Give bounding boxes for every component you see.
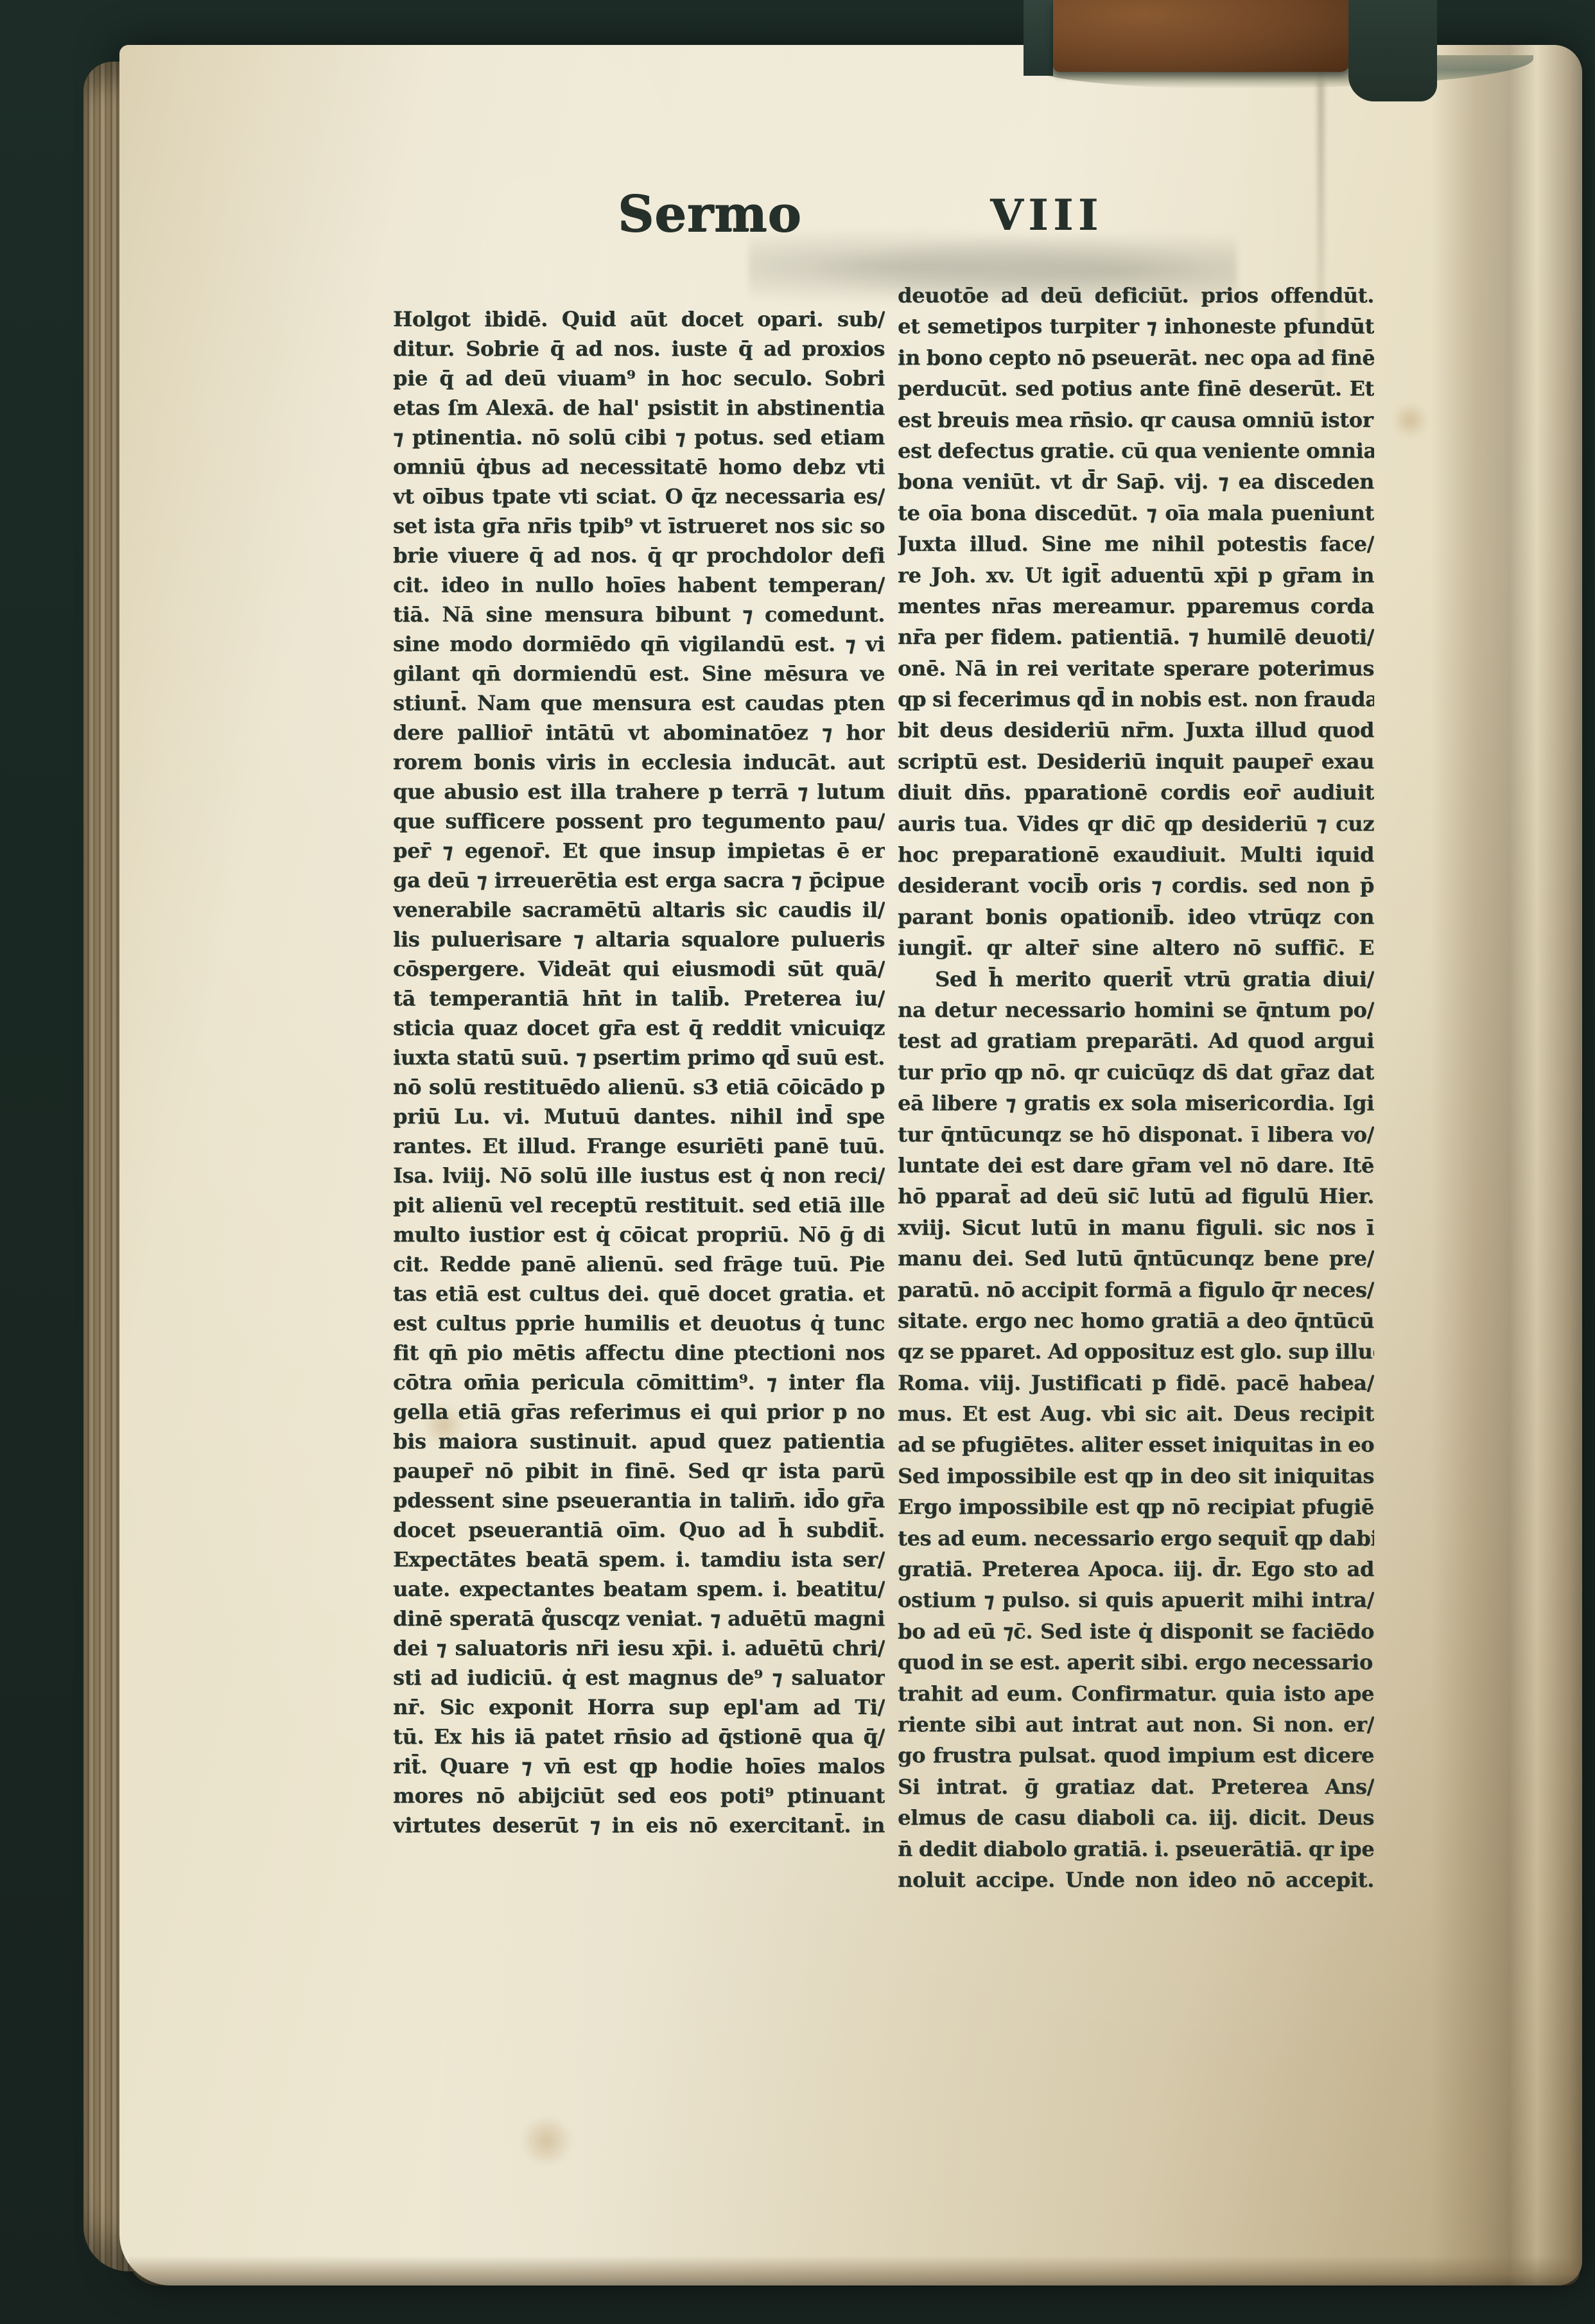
text-line: deuotōe ad deū deficiūt. prios offendūt. xyxy=(898,280,1374,311)
text-line: nr̄. Sic exponit Horra sup epl'am ad Ti/ xyxy=(393,1692,885,1722)
text-line: pauper̄ nō pibit in finē. Sed qr ista pa… xyxy=(393,1456,885,1486)
text-column-right: deuotōe ad deū deficiūt. prios offendūt.… xyxy=(898,280,1374,1895)
text-line: bona veniūt. vt d̄r Sap̄. vij. ⁊ ea disc… xyxy=(898,466,1374,497)
text-line: riente sibi aut intrat aut non. Si non. … xyxy=(898,1709,1374,1740)
text-line: ⁊ ptinentia. nō solū cibi ⁊ potus. sed e… xyxy=(393,422,885,452)
text-line: ditur. Sobrie q̄ ad nos. iuste q̄ ad pro… xyxy=(393,334,885,363)
text-line: quod in se est. aperit sibi. ergo necess… xyxy=(898,1647,1374,1678)
text-line: bit deus desideriū nr̄m. Juxta illud quo… xyxy=(898,715,1374,745)
text-line: sticia quaz docet gr̄a est q̄ reddit vni… xyxy=(393,1013,885,1043)
text-line: lis puluerisare ⁊ altaria squalore pulue… xyxy=(393,924,885,954)
text-line: go frustra pulsat. quod impium est dicer… xyxy=(898,1740,1374,1771)
text-line: te oīa bona discedūt. ⁊ oīa mala pueniun… xyxy=(898,498,1374,528)
leather-cover-corner xyxy=(1053,0,1350,72)
text-line: gella etiā gr̄as referimus ei qui prior … xyxy=(393,1397,885,1426)
binding-strap-right xyxy=(1348,0,1437,101)
text-line: est defectus gratie. cū qua veniente omn… xyxy=(898,435,1374,466)
text-line: gilant qn̄ dormiendū est. Sine mēsura ve xyxy=(393,659,885,688)
text-line: stiunt̄. Nam que mensura est caudas pten xyxy=(393,688,885,718)
text-line: tas etiā est cultus dei. quē docet grati… xyxy=(393,1279,885,1308)
text-line: na detur necessario homini se q̄ntum po/ xyxy=(898,994,1374,1025)
text-line: venerabile sacramētū altaris sic caudis … xyxy=(393,895,885,924)
text-line: mores nō abijciūt sed eos poti⁹ ptinuant xyxy=(393,1781,885,1810)
text-line: est cultus pprie humilis et deuotus q̇ t… xyxy=(393,1308,885,1338)
text-line: cit. Redde panē alienū. sed frāge tuū. P… xyxy=(393,1249,885,1279)
text-line: que sufficere possent pro tegumento pau/ xyxy=(393,806,885,836)
text-line: xviij. Sicut lutū in manu figuli. sic no… xyxy=(898,1212,1374,1243)
text-line: Ergo impossibile est qp nō recipiat pfug… xyxy=(898,1491,1374,1522)
running-title: Sermo xyxy=(604,185,815,243)
page-bottom-edge xyxy=(128,2256,1580,2285)
text-line: ostium ⁊ pulso. si quis apuerit mihi int… xyxy=(898,1584,1374,1615)
text-line: dinē speratā q̊uscqz veniat. ⁊ aduētū ma… xyxy=(393,1604,885,1633)
text-line: auris tua. Vides qr dic̄ qp desideriū ⁊ … xyxy=(898,808,1374,839)
text-line: tur prīo qp nō. qr cuicūqz ds̄ dat gr̄az… xyxy=(898,1057,1374,1088)
text-line: et semetipos turpiter ⁊ inhoneste pfundū… xyxy=(898,311,1374,342)
text-line: Sed h̄ merito querit̄ vtrū gratia diui/ xyxy=(898,964,1374,994)
text-line: qz se pparet. Ad opposituz est glo. sup … xyxy=(898,1336,1374,1367)
text-line: mentes nr̄as mereamur. pparemus corda xyxy=(898,591,1374,621)
text-line: onē. Nā in rei veritate sperare poterimu… xyxy=(898,653,1374,684)
text-line: pie q̄ ad deū viuam⁹ in hoc seculo. Sobr… xyxy=(393,363,885,393)
text-line: desiderant vocib̄ oris ⁊ cordis. sed non… xyxy=(898,870,1374,901)
text-line: ga deū ⁊ irreuerētia est erga sacra ⁊ p̄… xyxy=(393,865,885,895)
text-line: ad se pfugiētes. aliter esset iniquitas … xyxy=(898,1429,1374,1460)
text-line: n̄ dedit diabolo gratiā. i. pseuerātiā. … xyxy=(898,1834,1374,1864)
text-line: per̄ ⁊ egenor̄. Et que insup impietas ē … xyxy=(393,836,885,865)
text-line: cit. ideo in nullo hoīes habent temperan… xyxy=(393,570,885,600)
text-line: Roma. viij. Justificati p fidē. pacē hab… xyxy=(898,1367,1374,1398)
text-line: cōtra om̄ia pericula cōmittim⁹. ⁊ inter … xyxy=(393,1367,885,1397)
text-line: tiā. Nā sine mensura bibunt ⁊ comedunt. xyxy=(393,600,885,629)
text-line: Si intrat. ḡ gratiaz dat. Preterea Ans/ xyxy=(898,1771,1374,1802)
text-line: in bono cepto nō pseuerāt. nec opa ad fi… xyxy=(898,342,1374,373)
text-line: luntate dei est dare gr̄am vel nō dare. … xyxy=(898,1150,1374,1181)
text-line: cōspergere. Videāt qui eiusmodi sūt quā/ xyxy=(393,954,885,984)
text-line: pit alienū vel receptū restituit. sed et… xyxy=(393,1190,885,1220)
text-line: sti ad iudiciū. q̇ est magnus de⁹ ⁊ salu… xyxy=(393,1663,885,1692)
text-line: qp si fecerimus qd̄ in nobis est. non fr… xyxy=(898,684,1374,715)
text-line: perducūt. sed potius ante finē deserūt. … xyxy=(898,373,1374,404)
text-line: noluit accipe. Unde non ideo nō accepit. xyxy=(898,1864,1374,1895)
text-line: tur q̄ntūcunqz se hō disponat. ī libera … xyxy=(898,1119,1374,1150)
text-line: virtutes deserūt ⁊ in eis nō exercitant̄… xyxy=(393,1810,885,1840)
text-line: etas ſm Alexā. de hal' psistit in abstin… xyxy=(393,393,885,422)
text-line: omniū q̇bus ad necessitatē homo debz vti xyxy=(393,452,885,481)
text-line: mus. Et est Aug. vbi sic ait. Deus recip… xyxy=(898,1398,1374,1429)
text-line: est breuis mea rn̄sio. qr causa omniū is… xyxy=(898,404,1374,435)
text-line: sitate. ergo nec homo gratiā a deo q̄ntū… xyxy=(898,1305,1374,1336)
text-line: scriptū est. Desideriū inquit pauper̄ ex… xyxy=(898,746,1374,777)
text-line: set ista gr̄a nr̄is tpib⁹ vt īstrueret n… xyxy=(393,511,885,541)
text-line: hoc preparationē exaudiuit. Multi iquid xyxy=(898,839,1374,870)
text-line: tā temperantiā hn̄t in talib̄. Preterea … xyxy=(393,984,885,1013)
text-line: eā libere ⁊ gratis ex sola misericordia.… xyxy=(898,1088,1374,1118)
text-line: docet pseuerantiā oīm. Quo ad h̄ subdit̄… xyxy=(393,1515,885,1545)
text-line: gratiā. Preterea Apoca. iij. d̄r. Ego st… xyxy=(898,1554,1374,1584)
text-line: nō solū restituēdo alienū. s3 etiā cōicā… xyxy=(393,1072,885,1102)
text-line: parant bonis opationib̄. ideo vtrūqz con xyxy=(898,901,1374,932)
text-line: re Joh. xv. Ut igit̄ aduentū xp̄i p gr̄a… xyxy=(898,560,1374,591)
text-line: priū Lu. vi. Mutuū dantes. nihil ind̄ sp… xyxy=(393,1102,885,1131)
text-line: sine modo dormiēdo qn̄ vigilandū est. ⁊ … xyxy=(393,629,885,659)
text-line: iuxta statū suū. ⁊ psertim primo qd̄ suū… xyxy=(393,1043,885,1072)
text-line: manu dei. Sed lutū q̄ntūcunqz bene pre/ xyxy=(898,1243,1374,1274)
text-line: multo iustior est q̇ cōicat propriū. Nō … xyxy=(393,1220,885,1249)
text-line: Isa. lviij. Nō solū ille iustus est q̇ n… xyxy=(393,1161,885,1190)
binding-strap-left xyxy=(1024,0,1053,76)
text-line: uate. expectantes beatam spem. i. beatit… xyxy=(393,1574,885,1604)
text-line: paratū. nō accipit formā a figulo q̄r ne… xyxy=(898,1274,1374,1305)
text-line: rit̄. Quare ⁊ vn̄ est qp hodie hoīes mal… xyxy=(393,1751,885,1781)
text-line: Expectātes beatā spem. i. tamdiu ista se… xyxy=(393,1545,885,1574)
text-line: fit qn̄ pio mētis affectu dine ptectioni… xyxy=(393,1338,885,1367)
text-line: iungit̄. qr alter̄ sine altero nō suffic… xyxy=(898,932,1374,963)
sermon-number: VIII xyxy=(976,190,1117,240)
text-line: que abusio est illa trahere p terrā ⁊ lu… xyxy=(393,777,885,806)
text-line: nr̄a per fidem. patientiā. ⁊ humilē deuo… xyxy=(898,621,1374,652)
foxing-spot xyxy=(518,2119,575,2164)
text-line: elmus de casu diaboli ca. iij. dicit. De… xyxy=(898,1802,1374,1833)
text-line: rorem bonis viris in ecclesia inducāt. a… xyxy=(393,747,885,777)
text-line: brie viuere q̄ ad nos. q̄ qr prochdolor … xyxy=(393,541,885,570)
book-scan: Sermo VIII Holgot ibidē. Quid aūt docet … xyxy=(0,0,1595,2324)
text-line: trahit ad eum. Confirmatur. quia isto ap… xyxy=(898,1678,1374,1709)
text-line: Sed impossibile est qp in deo sit iniqui… xyxy=(898,1461,1374,1491)
text-line: Holgot ibidē. Quid aūt docet opari. sub/ xyxy=(393,304,885,334)
text-line: bo ad eū ⁊c̄. Sed iste q̇ disponit se fa… xyxy=(898,1616,1374,1647)
text-line: pdessent sine pseuerantia in talim̄. id̄… xyxy=(393,1486,885,1515)
text-line: test ad gratiam preparāti. Ad quod argui xyxy=(898,1025,1374,1056)
text-line: rantes. Et illud. Frange esuriēti panē t… xyxy=(393,1131,885,1161)
text-line: dere pallior̄ intātū vt abominatōez ⁊ ho… xyxy=(393,718,885,747)
text-line: tes ad eum. necessario ergo sequit̄ qp d… xyxy=(898,1523,1374,1554)
text-column-left: Holgot ibidē. Quid aūt docet opari. sub/… xyxy=(393,304,885,1840)
text-line: tū. Ex his iā patet rn̄sio ad q̄stionē q… xyxy=(393,1722,885,1751)
text-line: hō pparat̄ ad deū sic̄ lutū ad figulū Hi… xyxy=(898,1181,1374,1211)
text-line: dei ⁊ saluatoris nr̄i iesu xp̄i. i. aduē… xyxy=(393,1633,885,1663)
text-line: vt oībus tpate vti sciat. O q̄z necessar… xyxy=(393,481,885,511)
text-line: Juxta illud. Sine me nihil potestis face… xyxy=(898,528,1374,559)
foxing-spot xyxy=(1391,404,1429,437)
fore-edge-curl xyxy=(1431,45,1582,2285)
text-line: bis maiora sustinuit. apud quez patienti… xyxy=(393,1426,885,1456)
text-line: diuit dn̄s. pparationē cordis eor̄ audiu… xyxy=(898,777,1374,808)
